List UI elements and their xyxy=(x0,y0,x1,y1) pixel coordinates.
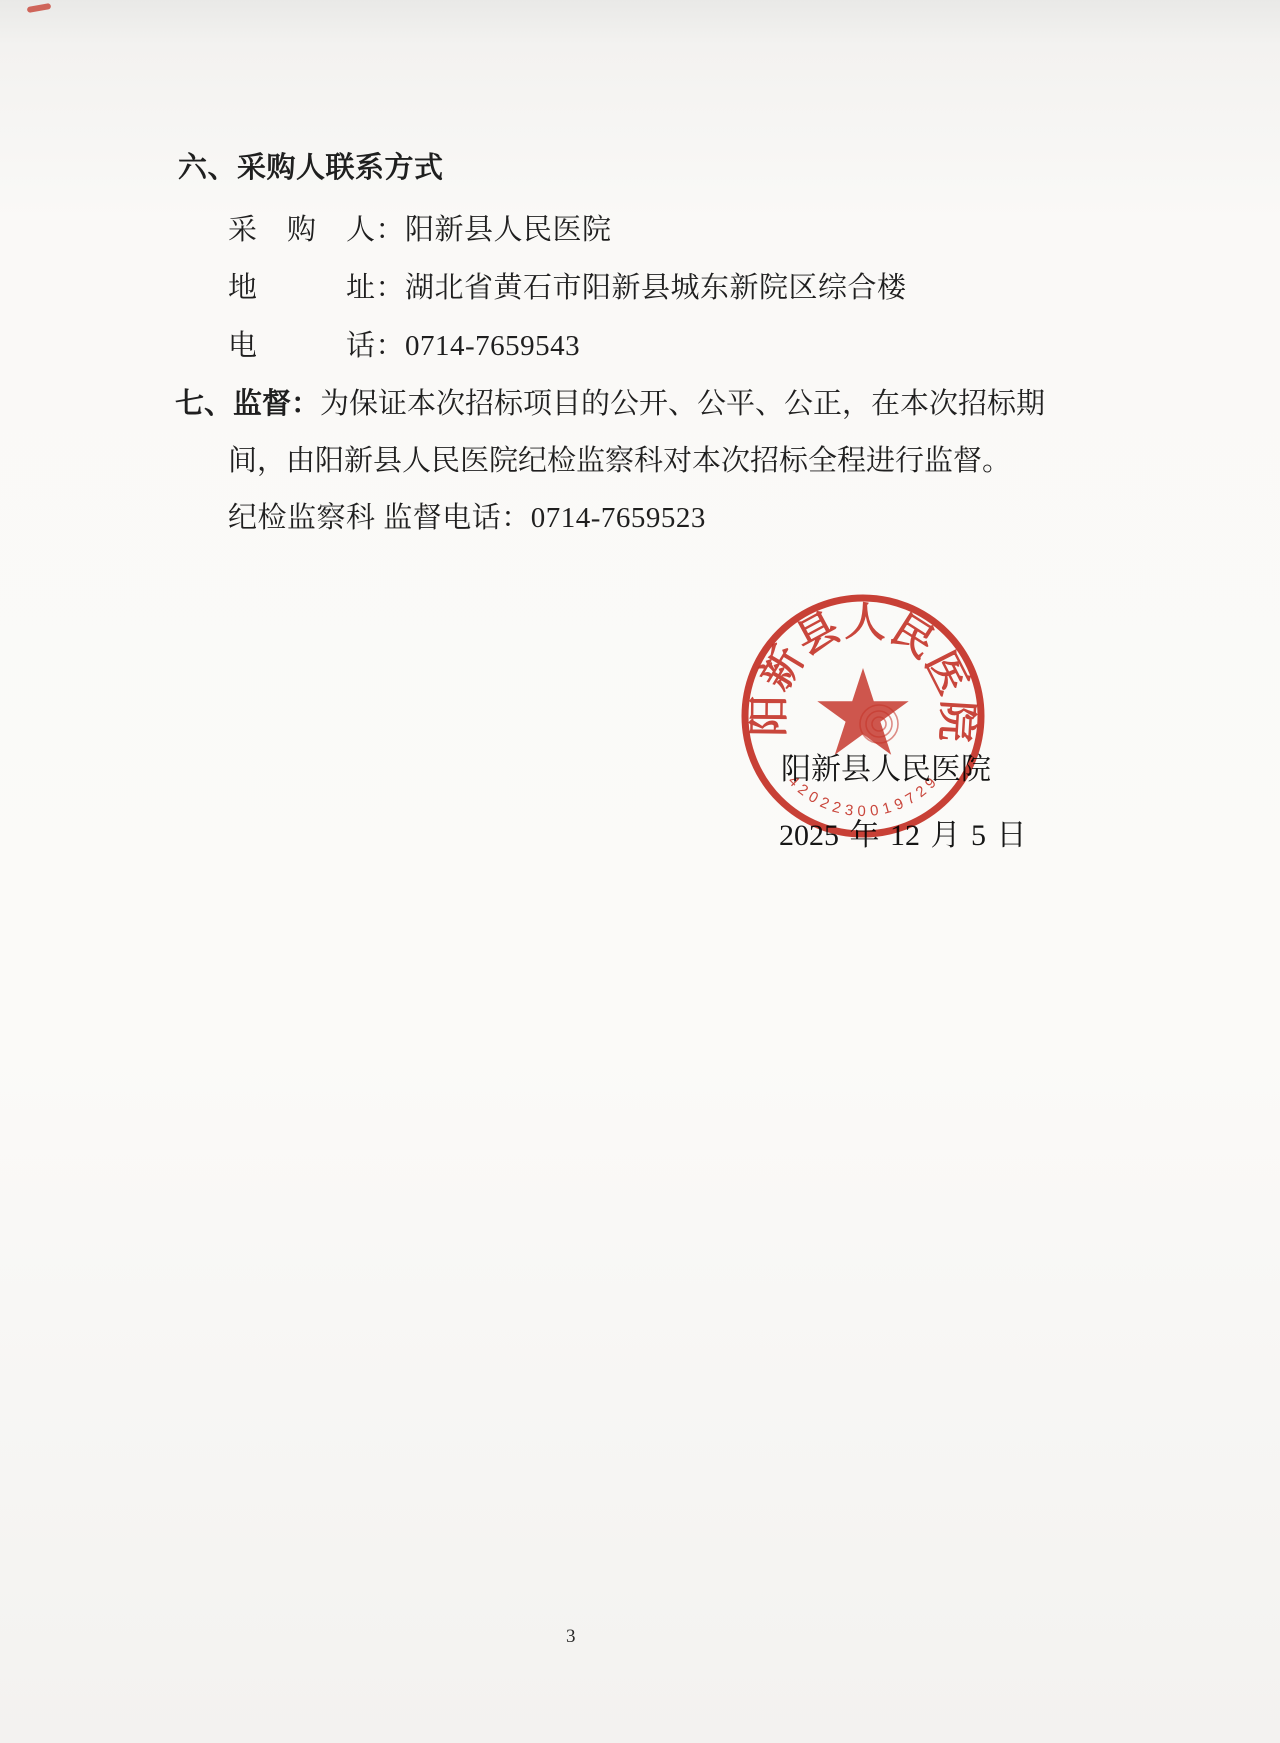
address-value: 湖北省黄石市阳新县城东新院区综合楼 xyxy=(405,272,907,304)
scanned-document-page: 六、采购人联系方式 采 购 人：阳新县人民医院 地 址：湖北省黄石市阳新县城东新… xyxy=(0,0,1280,1743)
page-number: 3 xyxy=(566,1626,576,1648)
official-seal: 阳新县人民医院 4202230019729 xyxy=(711,564,1015,868)
supervision-line-2: 间，由阳新县人民医院纪检监察科对本次招标全程进行监督。 xyxy=(228,445,1011,478)
phone-label: 电 话： xyxy=(228,330,405,362)
address-label: 地 址： xyxy=(228,272,405,304)
seal-star-icon xyxy=(817,668,908,755)
seal-code: 4202230019729 xyxy=(784,771,943,820)
svg-text:4202230019729: 4202230019729 xyxy=(784,771,943,820)
purchaser-value: 阳新县人民医院 xyxy=(405,214,612,246)
supervision-line-1: 七、监督：为保证本次招标项目的公开、公平、公正，在本次招标期 xyxy=(175,388,1045,421)
purchaser-label: 采 购 人： xyxy=(228,214,405,246)
red-corner-mark xyxy=(27,3,52,13)
supervision-text-1: 为保证本次招标项目的公开、公平、公正，在本次招标期 xyxy=(320,388,1045,420)
contact-line-purchaser: 采 购 人：阳新县人民医院 xyxy=(228,214,612,247)
contact-line-phone: 电 话：0714-7659543 xyxy=(228,330,580,363)
supervision-line-3: 纪检监察科 监督电话：0714-7659523 xyxy=(228,502,706,535)
phone-value: 0714-7659543 xyxy=(405,330,580,362)
contact-line-address: 地 址：湖北省黄石市阳新县城东新院区综合楼 xyxy=(228,272,907,305)
section-seven-lead: 七、监督： xyxy=(175,388,320,420)
section-six-heading: 六、采购人联系方式 xyxy=(178,152,444,185)
